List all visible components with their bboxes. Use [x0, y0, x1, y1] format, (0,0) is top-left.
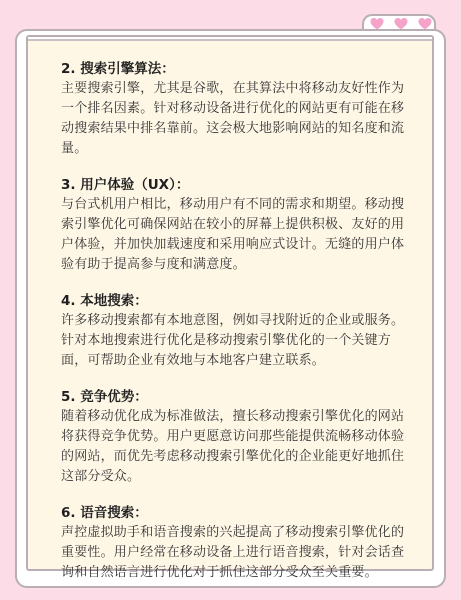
section-body: 声控虚拟助手和语音搜索的兴起提高了移动搜索引擎优化的重要性。用户经常在移动设备上…	[61, 523, 407, 583]
section-title: 6. 语音搜索：	[61, 503, 407, 523]
section-title: 5. 竞争优势：	[61, 387, 407, 407]
section-title: 3. 用户体验（UX）：	[61, 175, 407, 195]
section-body: 许多移动搜索都有本地意图，例如寻找附近的企业或服务。针对本地搜索进行优化是移动搜…	[61, 311, 407, 371]
section-title: 2. 搜索引擎算法：	[61, 59, 407, 79]
section-body: 主要搜索引擎，尤其是谷歌，在其算法中将移动友好性作为一个排名因素。针对移动设备进…	[61, 79, 407, 159]
section-search-engine-algorithm: 2. 搜索引擎算法： 主要搜索引擎，尤其是谷歌，在其算法中将移动友好性作为一个排…	[61, 59, 407, 159]
section-competitive-advantage: 5. 竞争优势： 随着移动优化成为标准做法，擅长移动搜索引擎优化的网站将获得竞争…	[61, 387, 407, 487]
section-title: 4. 本地搜索：	[61, 291, 407, 311]
section-user-experience: 3. 用户体验（UX）： 与台式机用户相比，移动用户有不同的需求和期望。移动搜索…	[61, 175, 407, 275]
section-body: 与台式机用户相比，移动用户有不同的需求和期望。移动搜索引擎优化可确保网站在较小的…	[61, 195, 407, 275]
section-body: 随着移动优化成为标准做法，擅长移动搜索引擎优化的网站将获得竞争优势。用户更愿意访…	[61, 407, 407, 487]
article-content: 2. 搜索引擎算法： 主要搜索引擎，尤其是谷歌，在其算法中将移动友好性作为一个排…	[61, 59, 407, 599]
section-voice-search: 6. 语音搜索： 声控虚拟助手和语音搜索的兴起提高了移动搜索引擎优化的重要性。用…	[61, 503, 407, 583]
section-local-search: 4. 本地搜索： 许多移动搜索都有本地意图，例如寻找附近的企业或服务。针对本地搜…	[61, 291, 407, 371]
panel-top-bar	[28, 37, 432, 41]
